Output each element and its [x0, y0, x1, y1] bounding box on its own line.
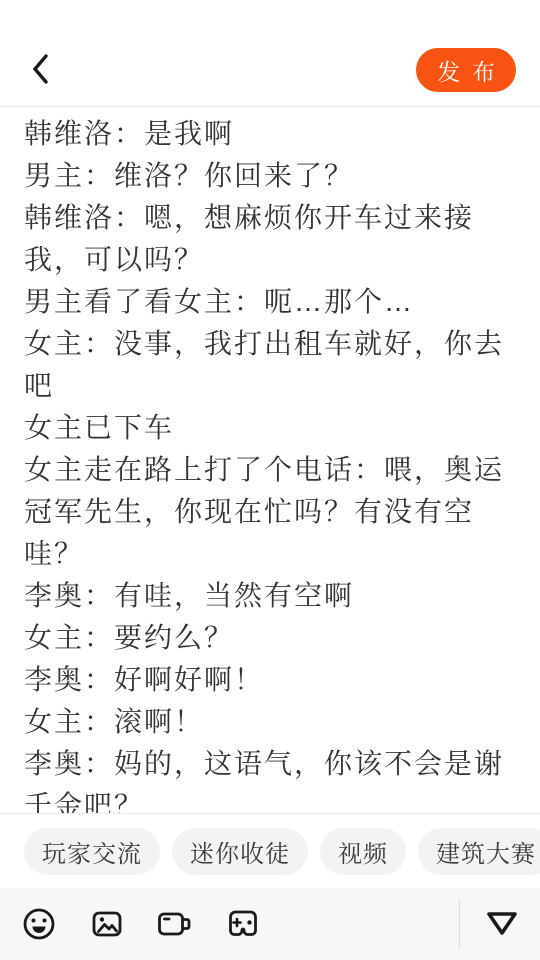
editor-text-line: 李奥：妈的，这语气，你该不会是谢: [24, 743, 516, 785]
post-text-editor[interactable]: 韩维洛：是我啊 男主：维洛？你回来了？ 韩维洛：嗯，想麻烦你开车过来接 我，可以…: [0, 107, 540, 813]
editor-text-line: 女主已下车: [24, 407, 516, 449]
add-image-button[interactable]: [88, 905, 126, 943]
top-bar: 发布: [0, 0, 540, 107]
editor-text-line: 韩维洛：嗯，想麻烦你开车过来接: [24, 197, 516, 239]
editor-text-line: 冠军先生，你现在忙吗？有没有空: [24, 491, 516, 533]
topic-tag-chip[interactable]: 建筑大赛: [418, 828, 540, 875]
publish-button[interactable]: 发布: [416, 48, 516, 92]
editor-text-line: 韩维洛：是我啊: [24, 113, 516, 155]
editor-text-line: 男主：维洛？你回来了？: [24, 155, 516, 197]
topic-tag-chip[interactable]: 视频: [320, 828, 406, 875]
topic-tags-row: 玩家交流 迷你收徒 视频 建筑大赛: [0, 813, 540, 888]
composer-toolbar: [0, 888, 540, 960]
video-icon: [156, 906, 194, 942]
editor-text-line: 女主：要约么？: [24, 617, 516, 659]
topic-tag-chip[interactable]: 迷你收徒: [172, 828, 308, 875]
post-composer-screen: 发布 韩维洛：是我啊 男主：维洛？你回来了？ 韩维洛：嗯，想麻烦你开车过来接 我…: [0, 0, 540, 960]
triangle-down-icon: [482, 908, 522, 940]
editor-text-line: 哇？: [24, 533, 516, 575]
chevron-left-icon: [28, 52, 52, 86]
back-button[interactable]: [22, 50, 58, 88]
editor-text-line: 男主看了看女主：呃…那个…: [24, 281, 516, 323]
editor-text-line: 李奥：有哇，当然有空啊: [24, 575, 516, 617]
topic-tag-chip[interactable]: 玩家交流: [24, 828, 160, 875]
gamepad-icon: [225, 906, 261, 942]
emoji-icon: [21, 906, 57, 942]
editor-text-line: 女主：没事，我打出租车就好，你去: [24, 323, 516, 365]
editor-text-line: 吧: [24, 365, 516, 407]
add-video-button[interactable]: [156, 905, 194, 943]
image-icon: [89, 906, 125, 942]
editor-text-line: 千金吧？: [24, 785, 516, 813]
editor-text-line: 女主：滚啊！: [24, 701, 516, 743]
collapse-panel-button[interactable]: [482, 905, 522, 943]
editor-text-line: 我，可以吗？: [24, 239, 516, 281]
editor-text-line: 女主走在路上打了个电话：喂，奥运: [24, 449, 516, 491]
toolbar-divider: [459, 900, 460, 948]
emoji-button[interactable]: [20, 905, 58, 943]
add-game-button[interactable]: [224, 905, 262, 943]
editor-text-line: 李奥：好啊好啊！: [24, 659, 516, 701]
